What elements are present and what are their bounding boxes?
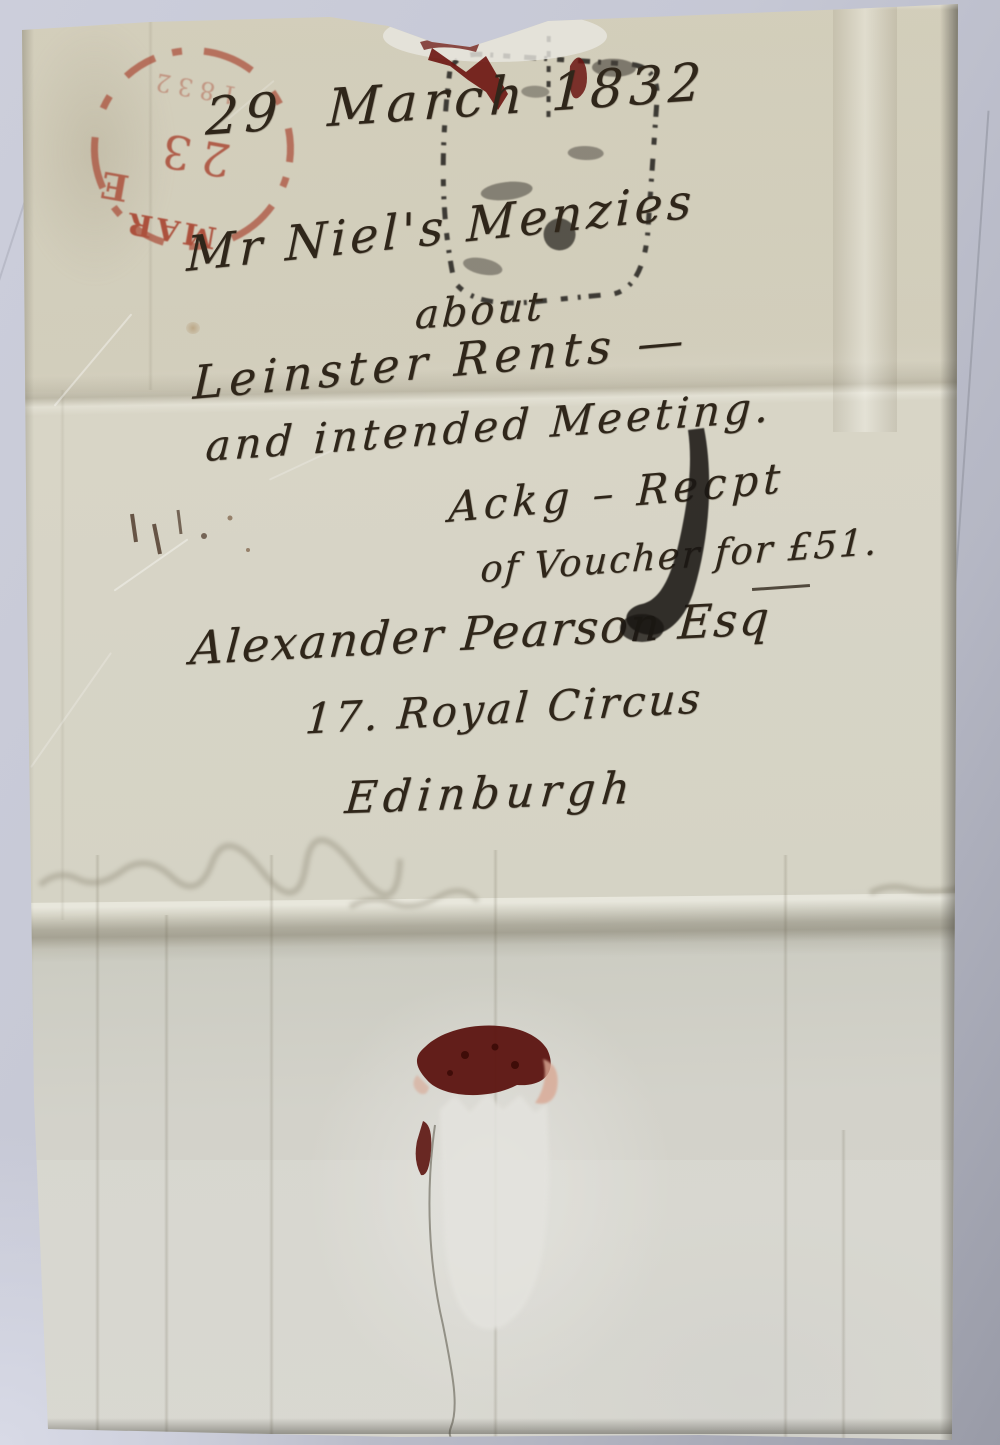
letter-sheet: MAR 23 1832 E	[0, 0, 1000, 1445]
ink-speck	[132, 514, 136, 542]
photo-of-1832-letter: MAR 23 1832 E	[0, 0, 1000, 1445]
ink-showthrough-ghost	[20, 845, 1000, 925]
wax-drip	[416, 1121, 432, 1175]
ink-speck	[201, 533, 207, 539]
vertical-crease	[269, 855, 274, 1445]
ink-speck	[228, 516, 233, 521]
paper-left-edge	[22, 0, 34, 1445]
wax-seal	[395, 1025, 635, 1445]
date-day: 29	[205, 82, 285, 148]
seal-tear-patch	[440, 1093, 549, 1329]
seal-tear-light-patch	[383, 10, 607, 62]
smudge-stroke	[626, 428, 709, 635]
vertical-crease	[60, 390, 65, 920]
ghost-stroke	[870, 887, 970, 893]
wax-texture-dot	[461, 1051, 469, 1059]
paper-top-edge	[0, 0, 1000, 10]
black-stamp-blob	[568, 146, 604, 161]
address-line: Edinburgh	[343, 763, 638, 824]
vertical-crease	[164, 915, 169, 1445]
ghost-stroke	[350, 891, 478, 907]
datestamp-index-letter: E	[98, 163, 132, 209]
ink-speck	[246, 548, 250, 552]
scratch-mark	[30, 652, 112, 768]
address-line: 17. Royal Circus	[304, 673, 705, 743]
vertical-crease	[783, 855, 788, 1445]
paper-bottom-edge	[0, 1418, 1000, 1434]
vertical-crease	[833, 0, 897, 432]
wax-texture-dot	[447, 1070, 453, 1076]
ink-speck-cluster	[120, 492, 280, 592]
ink-speck	[178, 510, 181, 534]
foxing-spot	[186, 322, 200, 334]
wax-blob	[417, 1026, 551, 1096]
ink-smudge	[612, 418, 762, 668]
ink-speck	[154, 524, 160, 554]
ghost-stroke	[40, 840, 400, 895]
vertical-crease	[95, 855, 100, 1445]
wax-texture-dot	[511, 1061, 519, 1069]
smudge-blob	[620, 614, 664, 642]
vertical-crease	[841, 1130, 846, 1445]
paper-right-edge	[940, 0, 958, 1445]
wax-texture-dot	[492, 1044, 499, 1051]
black-stamp-blob	[462, 255, 504, 279]
